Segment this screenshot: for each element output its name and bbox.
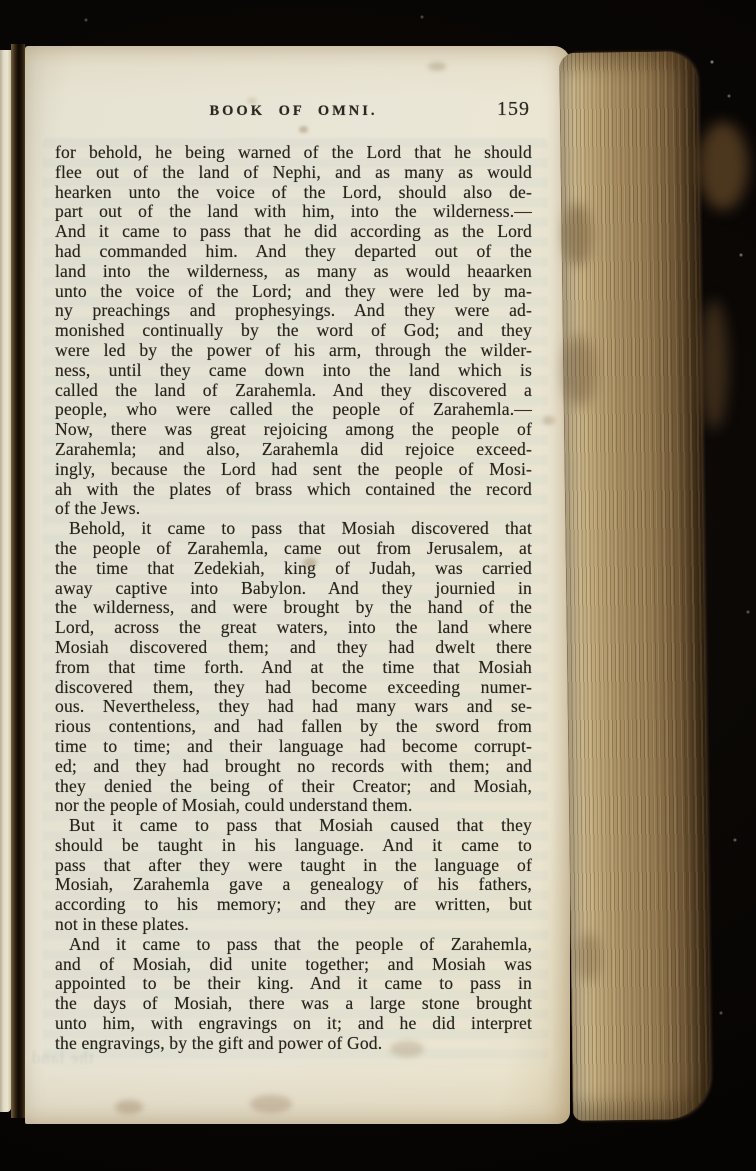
text-line: But it came to pass that Mosiah caused t…: [55, 816, 532, 836]
text-line: had commanded him. And they departed out…: [55, 242, 532, 262]
text-line: ingly, because the Lord had sent the peo…: [55, 460, 532, 480]
text-line: and of Mosiah, did unite together; and M…: [55, 955, 532, 975]
facing-page-edge: [0, 50, 11, 1112]
text-line: Lord, across the great waters, into the …: [55, 618, 532, 638]
text-line: Mosiah, Zarahemla gave a genealogy of hi…: [55, 875, 532, 895]
text-line: according to his memory; and they are wr…: [55, 895, 532, 915]
text-line: Now, there was great rejoicing among the…: [55, 420, 532, 440]
stain-spot: [250, 1095, 292, 1113]
text-line: monished continually by the word of God;…: [55, 321, 532, 341]
text-line: of the Jews.: [55, 499, 532, 519]
paragraph: for behold, he being warned of the Lord …: [55, 143, 532, 519]
book-fore-edge: [559, 51, 710, 1121]
text-line: the days of Mosiah, there was a large st…: [55, 994, 532, 1014]
text-line: unto him, with engravings on it; and he …: [55, 1014, 532, 1034]
text-line: the wilderness, and were brought by the …: [55, 598, 532, 618]
book-photo-backdrop: BOOK OF OMNI. 159 for behold, he being w…: [0, 0, 756, 1171]
fore-edge-smudge: [563, 334, 596, 406]
text-line: Mosiah discovered them; and they had dwe…: [55, 638, 532, 658]
text-line: rious contentions, and had fallen by the…: [55, 717, 532, 737]
text-line: were led by the power of his arm, throug…: [55, 341, 532, 361]
text-line: ny preachings and prophesyings. And they…: [55, 301, 532, 321]
text-line: should be taught in his language. And it…: [55, 836, 532, 856]
text-line: people, who were called the people of Za…: [55, 400, 532, 420]
stain-spot: [543, 416, 555, 425]
text-line: flee out of the land of Nephi, and as ma…: [55, 163, 532, 183]
book-page: BOOK OF OMNI. 159 for behold, he being w…: [25, 46, 570, 1124]
running-head: BOOK OF OMNI. 159: [55, 98, 532, 124]
text-line: appointed to be their king. And it came …: [55, 974, 532, 994]
fore-edge-smudge: [563, 203, 592, 267]
text-line: discovered them, they had become exceedi…: [55, 678, 532, 698]
text-line: part out of the land with him, into the …: [55, 202, 532, 222]
text-line: for behold, he being warned of the Lord …: [55, 143, 532, 163]
paragraph: But it came to pass that Mosiah caused t…: [55, 816, 532, 935]
fore-edge-reflection: [700, 300, 728, 430]
text-line: Behold, it came to pass that Mosiah disc…: [55, 519, 532, 539]
text-line: called the land of Zarahemla. And they d…: [55, 381, 532, 401]
text-line: away captive into Babylon. And they jour…: [55, 579, 532, 599]
text-line: ed; and they had brought no records with…: [55, 757, 532, 777]
stain-spot: [428, 62, 446, 71]
text-line: from that time forth. And at the time th…: [55, 658, 532, 678]
text-line: the engravings, by the gift and power of…: [55, 1034, 532, 1054]
text-line: land into the wilderness, as many as wou…: [55, 262, 532, 282]
fore-edge-smudge: [577, 932, 602, 982]
text-line: the people of Zarahemla, came out from J…: [55, 539, 532, 559]
paragraph: And it came to pass that the people of Z…: [55, 935, 532, 1054]
text-line: ness, until they came down into the land…: [55, 361, 532, 381]
page-title: BOOK OF OMNI.: [55, 103, 532, 120]
text-line: pass that after they were taught in the …: [55, 856, 532, 876]
text-column: for behold, he being warned of the Lord …: [55, 143, 532, 1054]
text-line: time to time; and their language had bec…: [55, 737, 532, 757]
stain-spot: [299, 126, 308, 133]
text-line: ah with the plates of brass which contai…: [55, 480, 532, 500]
text-line: Zarahemla; and also, Zarahemla did rejoi…: [55, 440, 532, 460]
text-line: ous. Nevertheless, they had had many war…: [55, 697, 532, 717]
text-line: not in these plates.: [55, 915, 532, 935]
text-line: unto the voice of the Lord; and they wer…: [55, 282, 532, 302]
text-line: And it came to pass that he did accordin…: [55, 222, 532, 242]
fore-edge-reflection: [698, 122, 748, 210]
text-line: they denied the being of their Creator; …: [55, 777, 532, 797]
text-line: And it came to pass that the people of Z…: [55, 935, 532, 955]
text-line: nor the people of Mosiah, could understa…: [55, 796, 532, 816]
stain-spot: [115, 1100, 143, 1114]
show-through-text: the land: [31, 1048, 93, 1068]
book-gutter-shadow: [11, 44, 25, 1118]
text-line: the time that Zedekiah, king of Judah, w…: [55, 559, 532, 579]
text-line: hearken unto the voice of the Lord, shou…: [55, 183, 532, 203]
paragraph: Behold, it came to pass that Mosiah disc…: [55, 519, 532, 816]
page-number: 159: [497, 98, 530, 121]
